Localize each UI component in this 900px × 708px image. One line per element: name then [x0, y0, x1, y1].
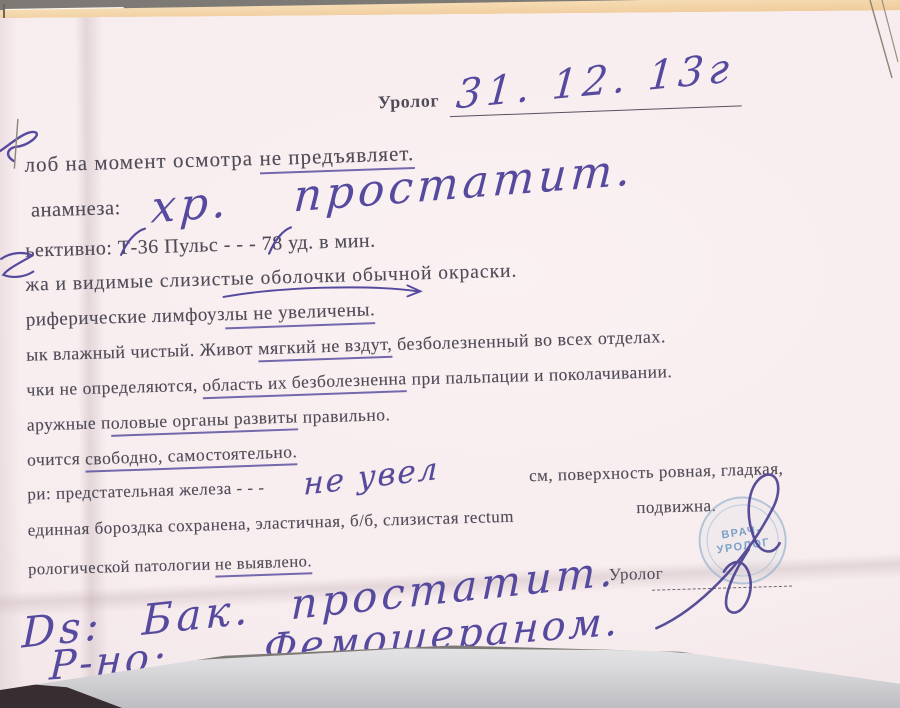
genitals-line: аружные половые органы развиты правильно…: [27, 404, 391, 438]
arrow-shaft: [223, 287, 417, 297]
pathology-line: рологической патологии не выявлено.: [28, 552, 313, 583]
complaints-text: лоб на момент осмотра: [24, 146, 259, 177]
form-content: Уролог 31. 12. 13г лоб на момент осмотра…: [0, 0, 900, 708]
edge-line: [870, 0, 892, 78]
lymph-line: риферические лимфоузлы не увеличены.: [26, 300, 376, 335]
groove-text: единная бороздка сохранена, эластичная, …: [27, 507, 514, 541]
medical-form-page: Уролог 31. 12. 13г лоб на момент осмотра…: [0, 10, 900, 700]
signature-stroke: [655, 475, 780, 629]
underlined-text: область их безболезненна: [202, 368, 407, 399]
signature-icon: [627, 459, 819, 639]
underlined-text: не выявлено.: [215, 551, 313, 577]
pen-check-mark-icon: [0, 119, 42, 169]
underlined-text: оловые органы развиты: [110, 406, 298, 437]
urination-text: очится: [27, 448, 86, 470]
pen-z-mark-icon: [0, 250, 37, 286]
abdomen-text-end: безболезненный во всех отделах.: [392, 326, 666, 354]
urination-line: очится свободно, самостоятельно.: [27, 442, 298, 474]
signature-stroke: [724, 549, 751, 612]
pen-check-stroke: [0, 132, 37, 161]
temperature-strike: [121, 229, 145, 255]
kidneys-text: чки не определяются,: [26, 375, 203, 400]
handwritten-not-enlarged: не увел: [303, 451, 440, 503]
kidneys-line: чки не определяются, область их безболез…: [26, 361, 672, 404]
abdomen-line: ык влажный чистый. Живот мягкий не вздут…: [26, 326, 666, 368]
genitals-text: аружные п: [27, 412, 112, 434]
anamnesis-line: анамнеза:: [31, 197, 121, 223]
lymph-text: риферические лимфоуз: [26, 304, 226, 331]
pen-strike-marks-icon: [111, 225, 311, 259]
genitals-text-end: правильно.: [298, 404, 391, 427]
kidneys-text-end: при пальпации и поколачивании.: [406, 361, 672, 389]
fold-line: [14, 119, 18, 169]
page-corner-edge-lines: [840, 0, 900, 80]
pen-z-stroke: [1, 253, 33, 277]
anamnesis-label: анамнеза:: [31, 197, 121, 222]
underlined-text: свободно, самостоятельно.: [85, 441, 298, 472]
urologist-header-label: Уролог: [377, 90, 439, 113]
pen-arrow-icon: [221, 282, 429, 304]
pathology-text: рологической патологии: [28, 554, 216, 578]
pulse-strike: [269, 227, 291, 253]
scanned-medical-form: Уролог 31. 12. 13г лоб на момент осмотра…: [0, 0, 900, 708]
underlined-text: мягкий не вздут,: [258, 334, 393, 363]
prostate-text: ри: предстательная железа - - -: [27, 478, 265, 505]
abdomen-text: ык влажный чистый. Живот: [26, 338, 258, 365]
